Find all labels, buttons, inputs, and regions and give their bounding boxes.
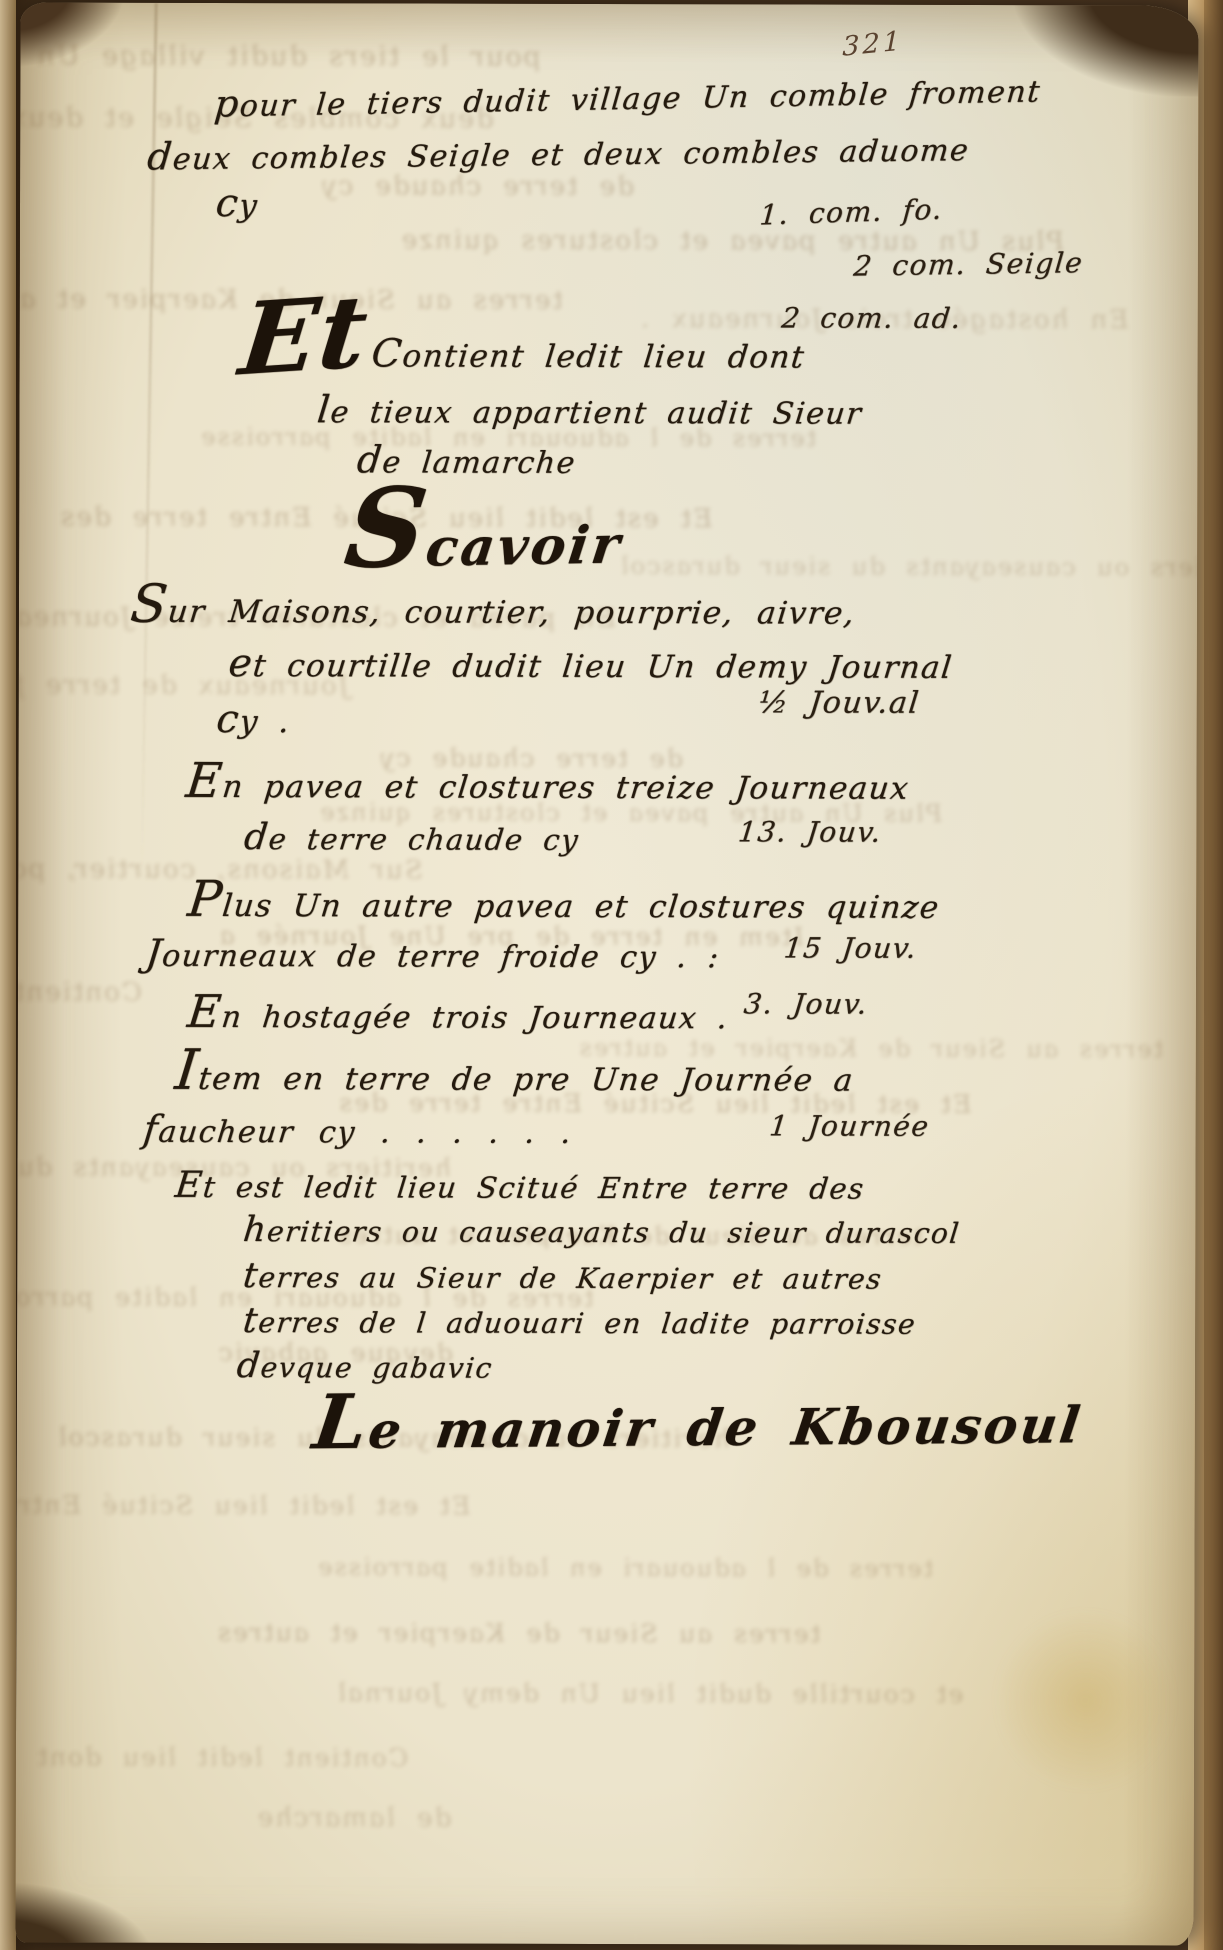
manuscript-line: pour le tiers dudit village Un comble fr…: [213, 71, 1043, 124]
heading-scavoir: Scavoir: [340, 470, 632, 583]
page-number: 321: [842, 28, 903, 61]
manuscript-line: et courtille dudit lieu Un demy Journal: [227, 645, 955, 686]
book-cover-edge: [1204, 0, 1223, 1950]
manuscript-line: le tieux appartient audit Sieur: [315, 391, 864, 430]
margin-value-15-journaux: 15 Jouv.: [783, 934, 919, 962]
heading-manoir-kbousoul: Le manoir de Kbousoul: [309, 1379, 1088, 1460]
manuscript-line: En pavea et clostures treize Journeaux: [184, 757, 913, 807]
manuscript-line: Sur Maisons, courtier, pourprie, aivre,: [128, 579, 859, 634]
manuscript-line: terres au Sieur de Kaerpier et autres: [241, 1259, 884, 1296]
photograph-of-manuscript: { "folio": { "page_number": "321", "drop…: [0, 0, 1223, 1950]
manuscript-line: deux combles Seigle et deux combles aduo…: [146, 129, 972, 176]
manuscript-line: heritiers ou causeayants du sieur durasc…: [241, 1213, 962, 1250]
manuscript-line: Plus Un autre pavea et clostures quinze: [186, 875, 943, 927]
manuscript-line: Et est ledit lieu Scitué Entre terre des: [173, 1167, 866, 1205]
margin-value-demi-journal: ½ Jouv.al: [757, 688, 921, 718]
manuscript-line: Item en terre de pre Une Journée a: [173, 1043, 858, 1101]
previous-page-edge: [0, 0, 16, 1950]
margin-value-froment: 1. com. fo.: [759, 196, 944, 230]
manuscript-line: cy: [214, 185, 260, 224]
manuscript-line: Contient ledit lieu dont: [370, 335, 808, 375]
margin-value-13-journaux: 13. Jouv.: [737, 818, 883, 846]
ink-layer: 321 pour le tiers dudit village Un combl…: [15, 2, 1198, 1945]
margin-value-seigle: 2 com. Seigle: [852, 249, 1084, 280]
manuscript-line: terres de l aduouari en ladite parroisse: [241, 1304, 918, 1341]
manuscript-page: pour le tiers dudit village Un comble fr…: [15, 2, 1198, 1945]
margin-value-3-journaux: 3. Jouv.: [742, 990, 869, 1018]
manuscript-line: faucheur cy . . . . . .: [142, 1111, 575, 1150]
margin-value-avoine: 2 com. ad.: [780, 304, 963, 332]
manuscript-line: Journeaux de terre froide cy . :: [144, 935, 722, 974]
manuscript-line: de terre chaude cy: [242, 819, 581, 856]
manuscript-line: En hostagée trois Journeaux .: [185, 989, 731, 1035]
drop-cap-et: Et: [236, 281, 374, 389]
manuscript-line: cy .: [215, 701, 293, 740]
margin-value-1-journee: 1 Journée: [768, 1112, 931, 1140]
